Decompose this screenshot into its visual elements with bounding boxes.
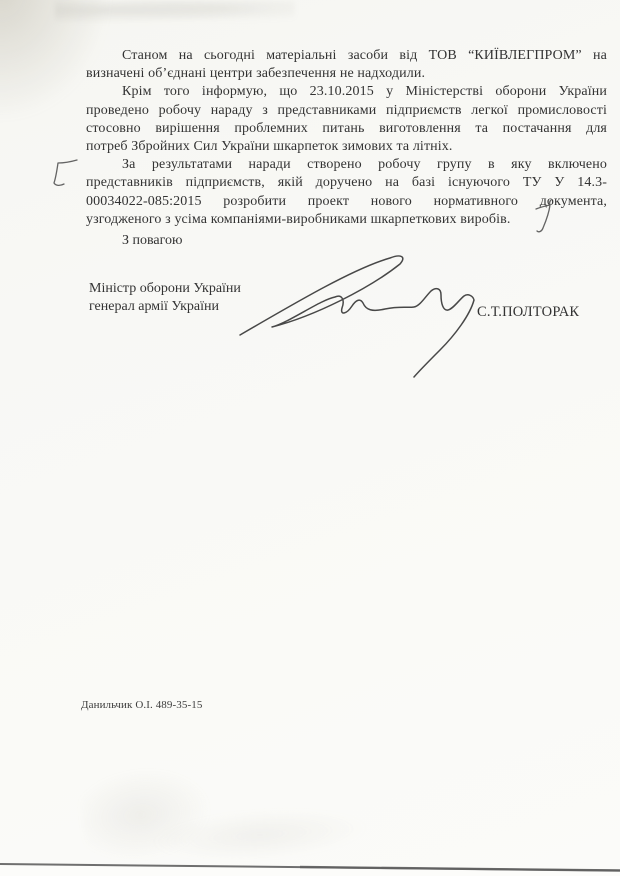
footer-reference: Данильчик О.І. 489-35-15 [81, 699, 202, 711]
letter-line: визначені об’єднані центри забезпечення … [86, 65, 607, 83]
signer-name: С.Т.ПОЛТОРАК [477, 304, 579, 321]
signer-title-line2: генерал армії України [89, 299, 219, 315]
letter-body: Станом на сьогодні матеріальні засоби ві… [86, 47, 607, 229]
scan-smudge-top-edge [55, 0, 295, 26]
letter-line: потреб Збройних Сил України шкарпеток зи… [86, 138, 607, 156]
letter-line: стосовно вирішення проблемних питань виг… [86, 120, 607, 138]
handwritten-open-bracket-icon [50, 155, 82, 193]
letter-line: представників підприємств, якій доручено… [86, 174, 607, 192]
scan-paper-edge-line [0, 848, 620, 876]
letter-line: 00034022-085:2015 розробити проект новог… [86, 193, 607, 211]
letter-line: Станом на сьогодні матеріальні засоби ві… [86, 47, 607, 65]
signer-title-line1: Міністр оборони України [89, 281, 241, 297]
letter-line: узгодженого з усіма компаніями-виробника… [86, 211, 607, 229]
letter-line: проведено робочу нараду з представниками… [86, 102, 607, 120]
handwritten-close-bracket-icon [530, 198, 556, 238]
letter-line: Крім того інформую, що 23.10.2015 у Міні… [86, 83, 607, 101]
scanned-letter-page: Станом на сьогодні матеріальні засоби ві… [0, 0, 620, 876]
letter-line: За результатами наради створено робочу г… [86, 156, 607, 174]
closing-salutation: З повагою [122, 233, 183, 249]
signature-icon [228, 244, 488, 386]
